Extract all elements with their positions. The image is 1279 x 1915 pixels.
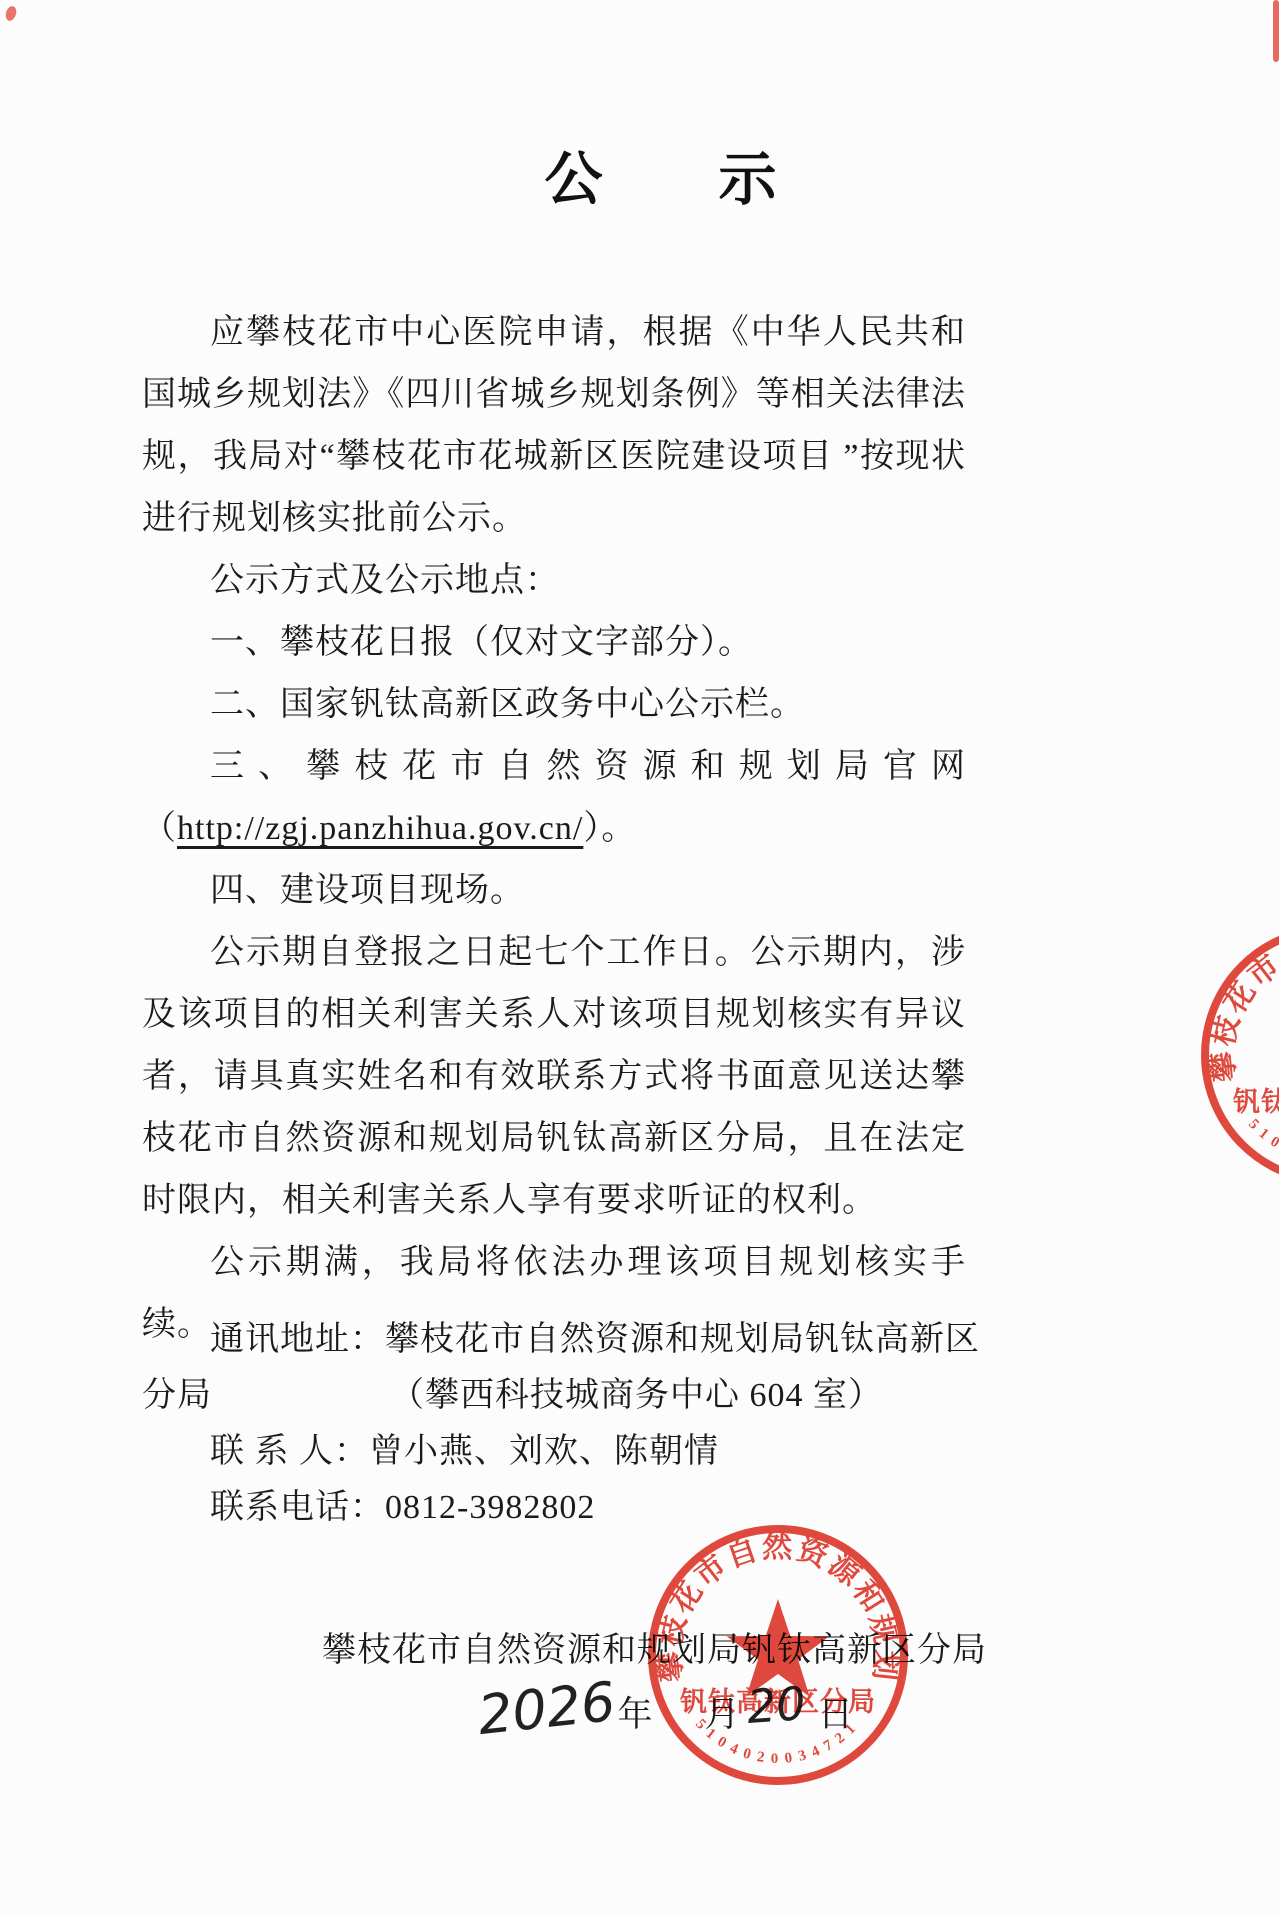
scan-artifact-top-left bbox=[4, 5, 18, 22]
contact-address-label: 通讯地址： bbox=[210, 1321, 385, 1358]
notice-page: 公 示 应攀枝花市中心医院申请，根据《中华人民共和国城乡规划法》《四川省城乡规划… bbox=[0, 0, 1279, 1915]
scan-artifact-top-right bbox=[1273, 0, 1279, 62]
page-title: 公 示 bbox=[0, 132, 1279, 216]
list-item-3: 三、攀枝花市自然资源和规划局官网（http://zgj.panzhihua.go… bbox=[142, 736, 966, 860]
handwritten-day: 20 bbox=[746, 1680, 808, 1730]
seal-serial-number: 5104020034721 bbox=[1245, 1116, 1279, 1167]
svg-text:攀枝花市自然资源和规划局: 攀枝花市自然资源和规划局 bbox=[1191, 915, 1279, 1085]
year-label: 年 bbox=[617, 1694, 652, 1736]
list-item-3-suffix: ）。 bbox=[583, 810, 636, 847]
contact-address-line2: （攀西科技城商务中心 604 室） bbox=[142, 1368, 982, 1424]
paragraph-intro: 应攀枝花市中心医院申请，根据《中华人民共和国城乡规划法》《四川省城乡规划条例》等… bbox=[142, 302, 966, 550]
paragraph-period: 公示期自登报之日起七个工作日。公示期内，涉及该项目的相关利害关系人对该项目规划核… bbox=[142, 922, 966, 1232]
contact-phone-line: 联系电话：0812-3982802 bbox=[142, 1480, 982, 1536]
contact-phone-label: 联系电话： bbox=[210, 1489, 385, 1526]
contact-person-label: 联 系 人： bbox=[210, 1433, 369, 1470]
contact-person-line: 联 系 人：曾小燕、刘欢、陈朝情 bbox=[142, 1424, 982, 1480]
contact-phone-value: 0812-3982802 bbox=[385, 1489, 595, 1526]
seal-arc-text: 攀枝花市自然资源和规划局 bbox=[1191, 915, 1279, 1085]
contact-person-value: 曾小燕、刘欢、陈朝情 bbox=[369, 1433, 719, 1470]
seal-ring bbox=[1205, 929, 1279, 1181]
list-item-1: 一、攀枝花日报（仅对文字部分）。 bbox=[142, 612, 966, 674]
svg-text:5104020034721: 5104020034721 bbox=[1245, 1116, 1279, 1167]
handwritten-year: 2026 bbox=[476, 1675, 618, 1743]
partial-side-seal: 攀枝花市自然资源和规划局 钒钛高新区分局 5104020034721 bbox=[1191, 915, 1279, 1195]
signature-agency: 攀枝花市自然资源和规划局钒钛高新区分局 bbox=[142, 1620, 987, 1682]
paragraph-methods-heading: 公示方式及公示地点： bbox=[142, 550, 966, 612]
list-item-2: 二、国家钒钛高新区政务中心公示栏。 bbox=[142, 674, 966, 736]
month-label: 月 bbox=[704, 1694, 739, 1736]
list-item-4: 四、建设项目现场。 bbox=[142, 860, 966, 922]
day-label: 日 bbox=[818, 1694, 853, 1736]
official-website-link[interactable]: http://zgj.panzhihua.gov.cn/ bbox=[177, 810, 583, 847]
seal-center-text: 钒钛高新区分局 bbox=[1232, 1086, 1279, 1117]
signature-date: 2026 年 月 20 日 bbox=[478, 1682, 853, 1736]
